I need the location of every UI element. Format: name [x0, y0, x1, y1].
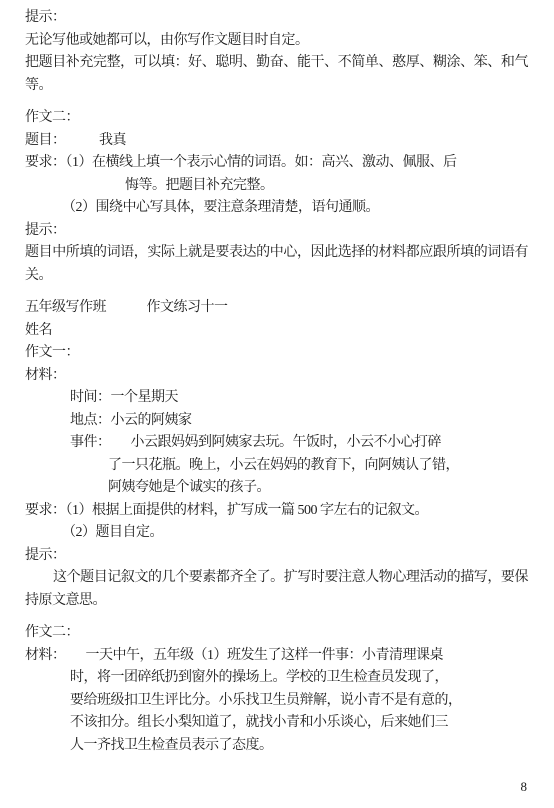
tip-text-line: 无论写他或她都可以，由你写作文题目时自定。 [25, 30, 528, 53]
essay2-prev-requirement-2: （2）围绕中心写具体，要注意条理清楚，语句通顺。 [25, 197, 528, 220]
essay2-prev-tip-text-cont: 关。 [25, 265, 528, 288]
essay1-requirement-2: （2）题目自定。 [25, 522, 528, 545]
section-gap [25, 287, 528, 297]
name-label: 姓名 [25, 320, 528, 343]
essay1-material-event-cont: 阿姨夸她是个诚实的孩子。 [25, 477, 528, 500]
essay2-prev-requirement-1-cont: 悔等。把题目补充完整。 [25, 175, 528, 198]
essay1-heading: 作文一： [25, 342, 528, 365]
essay2-prev-title-line: 题目： 我真 [25, 130, 528, 153]
tip-text-line: 把题目补充完整，可以填：好、聪明、勤奋、能干、不简单、憨厚、糊涂、笨、和气 [25, 52, 528, 75]
essay2-material-line: 不该扣分。组长小梨知道了，就找小青和小乐谈心，后来她们三 [25, 712, 528, 735]
essay1-tip-label: 提示： [25, 545, 528, 568]
exercise-title: 五年级写作班 作文练习十一 [25, 297, 528, 320]
section-gap [25, 612, 528, 622]
essay2-material-line: 时，将一团碎纸扔到窗外的操场上。学校的卫生检查员发现了， [25, 667, 528, 690]
essay2-prev-requirement-1: 要求：（1）在横线上填一个表示心情的词语。如：高兴、激动、佩服、后 [25, 152, 528, 175]
tip-label: 提示： [25, 7, 528, 30]
section-gap [25, 97, 528, 107]
essay1-requirement-1: 要求：（1）根据上面提供的材料，扩写成一篇 500 字左右的记叙文。 [25, 500, 528, 523]
essay2-material-line: 要给班级扣卫生评比分。小乐找卫生员辩解，说小青不是有意的， [25, 690, 528, 713]
essay2-prev-tip-text: 题目中所填的词语，实际上就是要表达的中心，因此选择的材料都应跟所填的词语有 [25, 242, 528, 265]
essay1-material-event-cont: 了一只花瓶。晚上，小云在妈妈的教育下，向阿姨认了错， [25, 455, 528, 478]
document-page: 提示： 无论写他或她都可以，由你写作文题目时自定。 把题目补充完整，可以填：好、… [0, 0, 554, 808]
essay2-material-line: 人一齐找卫生检查员表示了态度。 [25, 735, 528, 758]
page-number: 8 [521, 779, 528, 795]
essay2-material-line: 材料： 一天中午，五年级（1）班发生了这样一件事：小青清理课桌 [25, 645, 528, 668]
essay1-tip-text-cont: 持原文意思。 [25, 590, 528, 613]
essay2-prev-heading: 作文二： [25, 107, 528, 130]
essay1-material-label: 材料： [25, 365, 528, 388]
essay2-heading: 作文二： [25, 622, 528, 645]
essay1-material-place: 地点：小云的阿姨家 [25, 410, 528, 433]
essay1-tip-text: 这个题目记叙文的几个要素都齐全了。扩写时要注意人物心理活动的描写，要保 [25, 567, 528, 590]
essay1-material-event: 事件： 小云跟妈妈到阿姨家去玩。午饭时，小云不小心打碎 [25, 432, 528, 455]
essay1-material-time: 时间：一个星期天 [25, 387, 528, 410]
tip-text-line: 等。 [25, 75, 528, 98]
essay2-prev-tip-label: 提示： [25, 220, 528, 243]
